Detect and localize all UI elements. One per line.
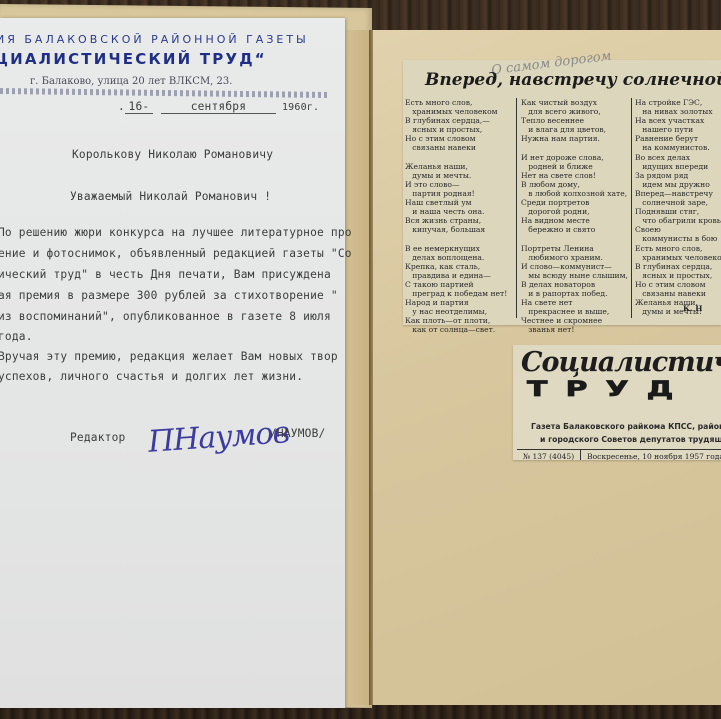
signoff-role: Редактор: [70, 431, 125, 444]
typed-award-letter: ИЯ БАЛАКОВСКОЙ РАЙОННОЙ ГАЗЕТЫ ЦИАЛИСТИЧ…: [0, 18, 345, 708]
date-month: сентября: [161, 100, 276, 114]
masthead-script-title: Социалистическ: [521, 347, 721, 378]
letterhead-address: г. Балаково, улица 20 лет ВЛКСМ, 23.: [30, 76, 232, 87]
masthead-block-title: ТРУД: [527, 377, 691, 402]
letter-closing-line: Вручая эту премию, редакция желает Вам н…: [0, 350, 338, 363]
poem-newspaper-clipping: О самом дорогом Вперед, навстречу солнеч…: [403, 60, 721, 325]
handwritten-signature: ПНаумов: [147, 415, 290, 460]
letter-body-line: ая премия в размере 300 рублей за стихот…: [0, 289, 338, 302]
masthead-subtitle: и городского Советов депутатов трудящ: [540, 435, 721, 444]
letterhead-newspaper-name: ЦИАЛИСТИЧЕСКИЙ ТРУД“: [0, 50, 267, 68]
letter-date: .16-сентября1960г.: [118, 100, 319, 114]
date-prefix: .: [118, 100, 125, 113]
letter-addressee: Королькову Николаю Романовичу: [72, 148, 273, 161]
letterhead-organization: ИЯ БАЛАКОВСКОЙ РАЙОННОЙ ГАЗЕТЫ: [0, 33, 345, 46]
letter-body-line: ический труд" в честь Дня печати, Вам пр…: [0, 268, 331, 281]
poem-author: К. Н: [683, 304, 702, 313]
letterhead-divider: [0, 88, 330, 98]
letter-salutation: Уважаемый Николай Романович !: [70, 190, 271, 203]
album-left-page-edge: [345, 30, 372, 705]
letter-closing-line: успехов, личного счастья и долгих лет жи…: [0, 370, 303, 383]
issue-date: Воскресенье, 10 ноября 1957 года: [581, 450, 721, 460]
letter-body-line: По решению жюри конкурса на лучшее литер…: [0, 226, 352, 239]
masthead-subtitle: Газета Балаковского райкома КПСС, район: [531, 422, 721, 431]
letter-body-line: года.: [0, 330, 33, 343]
column-rule: [631, 98, 632, 318]
date-day: 16-: [125, 100, 153, 114]
poem-column-1: Есть много слов, хранимых человеком В гл…: [405, 98, 513, 334]
poem-title: Вперед, навстречу солнечной заре: [425, 70, 721, 90]
letter-body-line: ение и фотоснимок, объявленный редакцией…: [0, 247, 352, 260]
newspaper-masthead-clipping: Социалистическ ТРУД Газета Балаковского …: [513, 345, 721, 460]
date-year: 1960г.: [282, 102, 319, 113]
poem-column-3: На стройке ГЭС, на нивах золотых На всех…: [635, 98, 721, 316]
column-rule: [516, 98, 517, 318]
album-spine: [369, 30, 373, 705]
issue-number: № 137 (4045): [517, 450, 581, 460]
poem-column-2: Как чистый воздух для всего живого, Тепл…: [521, 98, 631, 334]
letter-body-line: из воспоминаний", опубликованное в газет…: [0, 310, 331, 323]
signoff-name: /НАУМОВ/: [270, 427, 325, 440]
masthead-issue-bar: № 137 (4045)Воскресенье, 10 ноября 1957 …: [517, 449, 721, 460]
